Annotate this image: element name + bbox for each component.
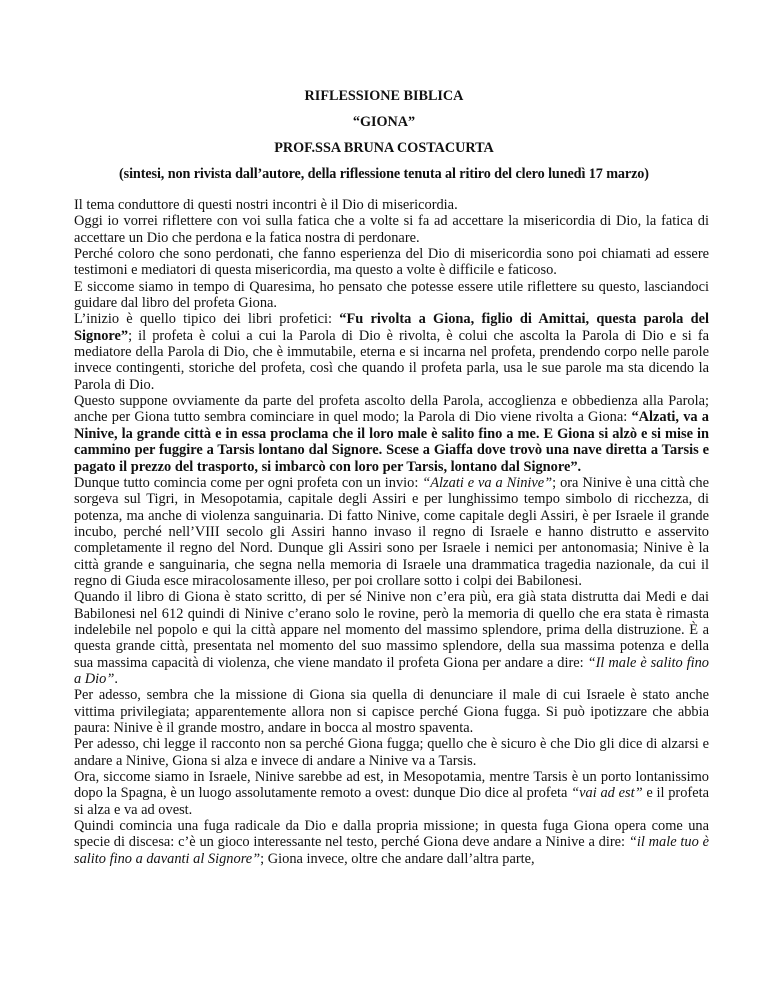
paragraph: Per adesso, sembra che la missione di Gi…	[74, 687, 709, 736]
text-run: Questo suppone ovviamente da parte del p…	[74, 393, 709, 425]
text-run: .	[114, 671, 118, 687]
paragraph: Il tema conduttore di questi nostri inco…	[74, 197, 709, 213]
text-run: ; il profeta è colui a cui la Parola di …	[74, 328, 709, 393]
text-run: Per adesso, chi legge il racconto non sa…	[74, 736, 709, 768]
paragraph: Quando il libro di Giona è stato scritto…	[74, 589, 709, 687]
paragraph: Perché coloro che sono perdonati, che fa…	[74, 246, 709, 279]
text-run: Per adesso, sembra che la missione di Gi…	[74, 687, 709, 736]
header-title: RIFLESSIONE BIBLICA	[0, 88, 768, 104]
paragraph: Per adesso, chi legge il racconto non sa…	[74, 736, 709, 769]
paragraph: Oggi io vorrei riflettere con voi sulla …	[74, 213, 709, 246]
header-author: PROF.SSA BRUNA COSTACURTA	[0, 140, 768, 156]
text-run: E siccome siamo in tempo di Quaresima, h…	[74, 279, 709, 311]
paragraph: Dunque tutto comincia come per ogni prof…	[74, 475, 709, 589]
paragraph: Quindi comincia una fuga radicale da Dio…	[74, 818, 709, 867]
italic-quote: “Alzati e va a Ninive”	[422, 475, 552, 491]
text-run: Perché coloro che sono perdonati, che fa…	[74, 246, 709, 278]
document-page: RIFLESSIONE BIBLICA “GIONA” PROF.SSA BRU…	[0, 0, 768, 994]
text-run: Oggi io vorrei riflettere con voi sulla …	[74, 213, 709, 245]
text-run: ; ora Ninive è una città che sorgeva sul…	[74, 475, 709, 589]
text-run: Il tema conduttore di questi nostri inco…	[74, 197, 458, 213]
text-run: Dunque tutto comincia come per ogni prof…	[74, 475, 422, 491]
paragraph: L’inizio è quello tipico dei libri profe…	[74, 311, 709, 393]
italic-quote: “vai ad est”	[571, 785, 642, 801]
header-subject: “GIONA”	[0, 114, 768, 130]
text-run: L’inizio è quello tipico dei libri profe…	[74, 311, 339, 327]
paragraph: E siccome siamo in tempo di Quaresima, h…	[74, 279, 709, 312]
paragraph: Ora, siccome siamo in Israele, Ninive sa…	[74, 769, 709, 818]
paragraph: Questo suppone ovviamente da parte del p…	[74, 393, 709, 475]
header-note: (sintesi, non rivista dall’autore, della…	[0, 166, 768, 182]
document-body: Il tema conduttore di questi nostri inco…	[74, 197, 709, 867]
document-header: RIFLESSIONE BIBLICA “GIONA” PROF.SSA BRU…	[0, 88, 768, 182]
text-run: ; Giona invece, oltre che andare dall’al…	[260, 851, 534, 867]
text-run: Quindi comincia una fuga radicale da Dio…	[74, 818, 709, 850]
